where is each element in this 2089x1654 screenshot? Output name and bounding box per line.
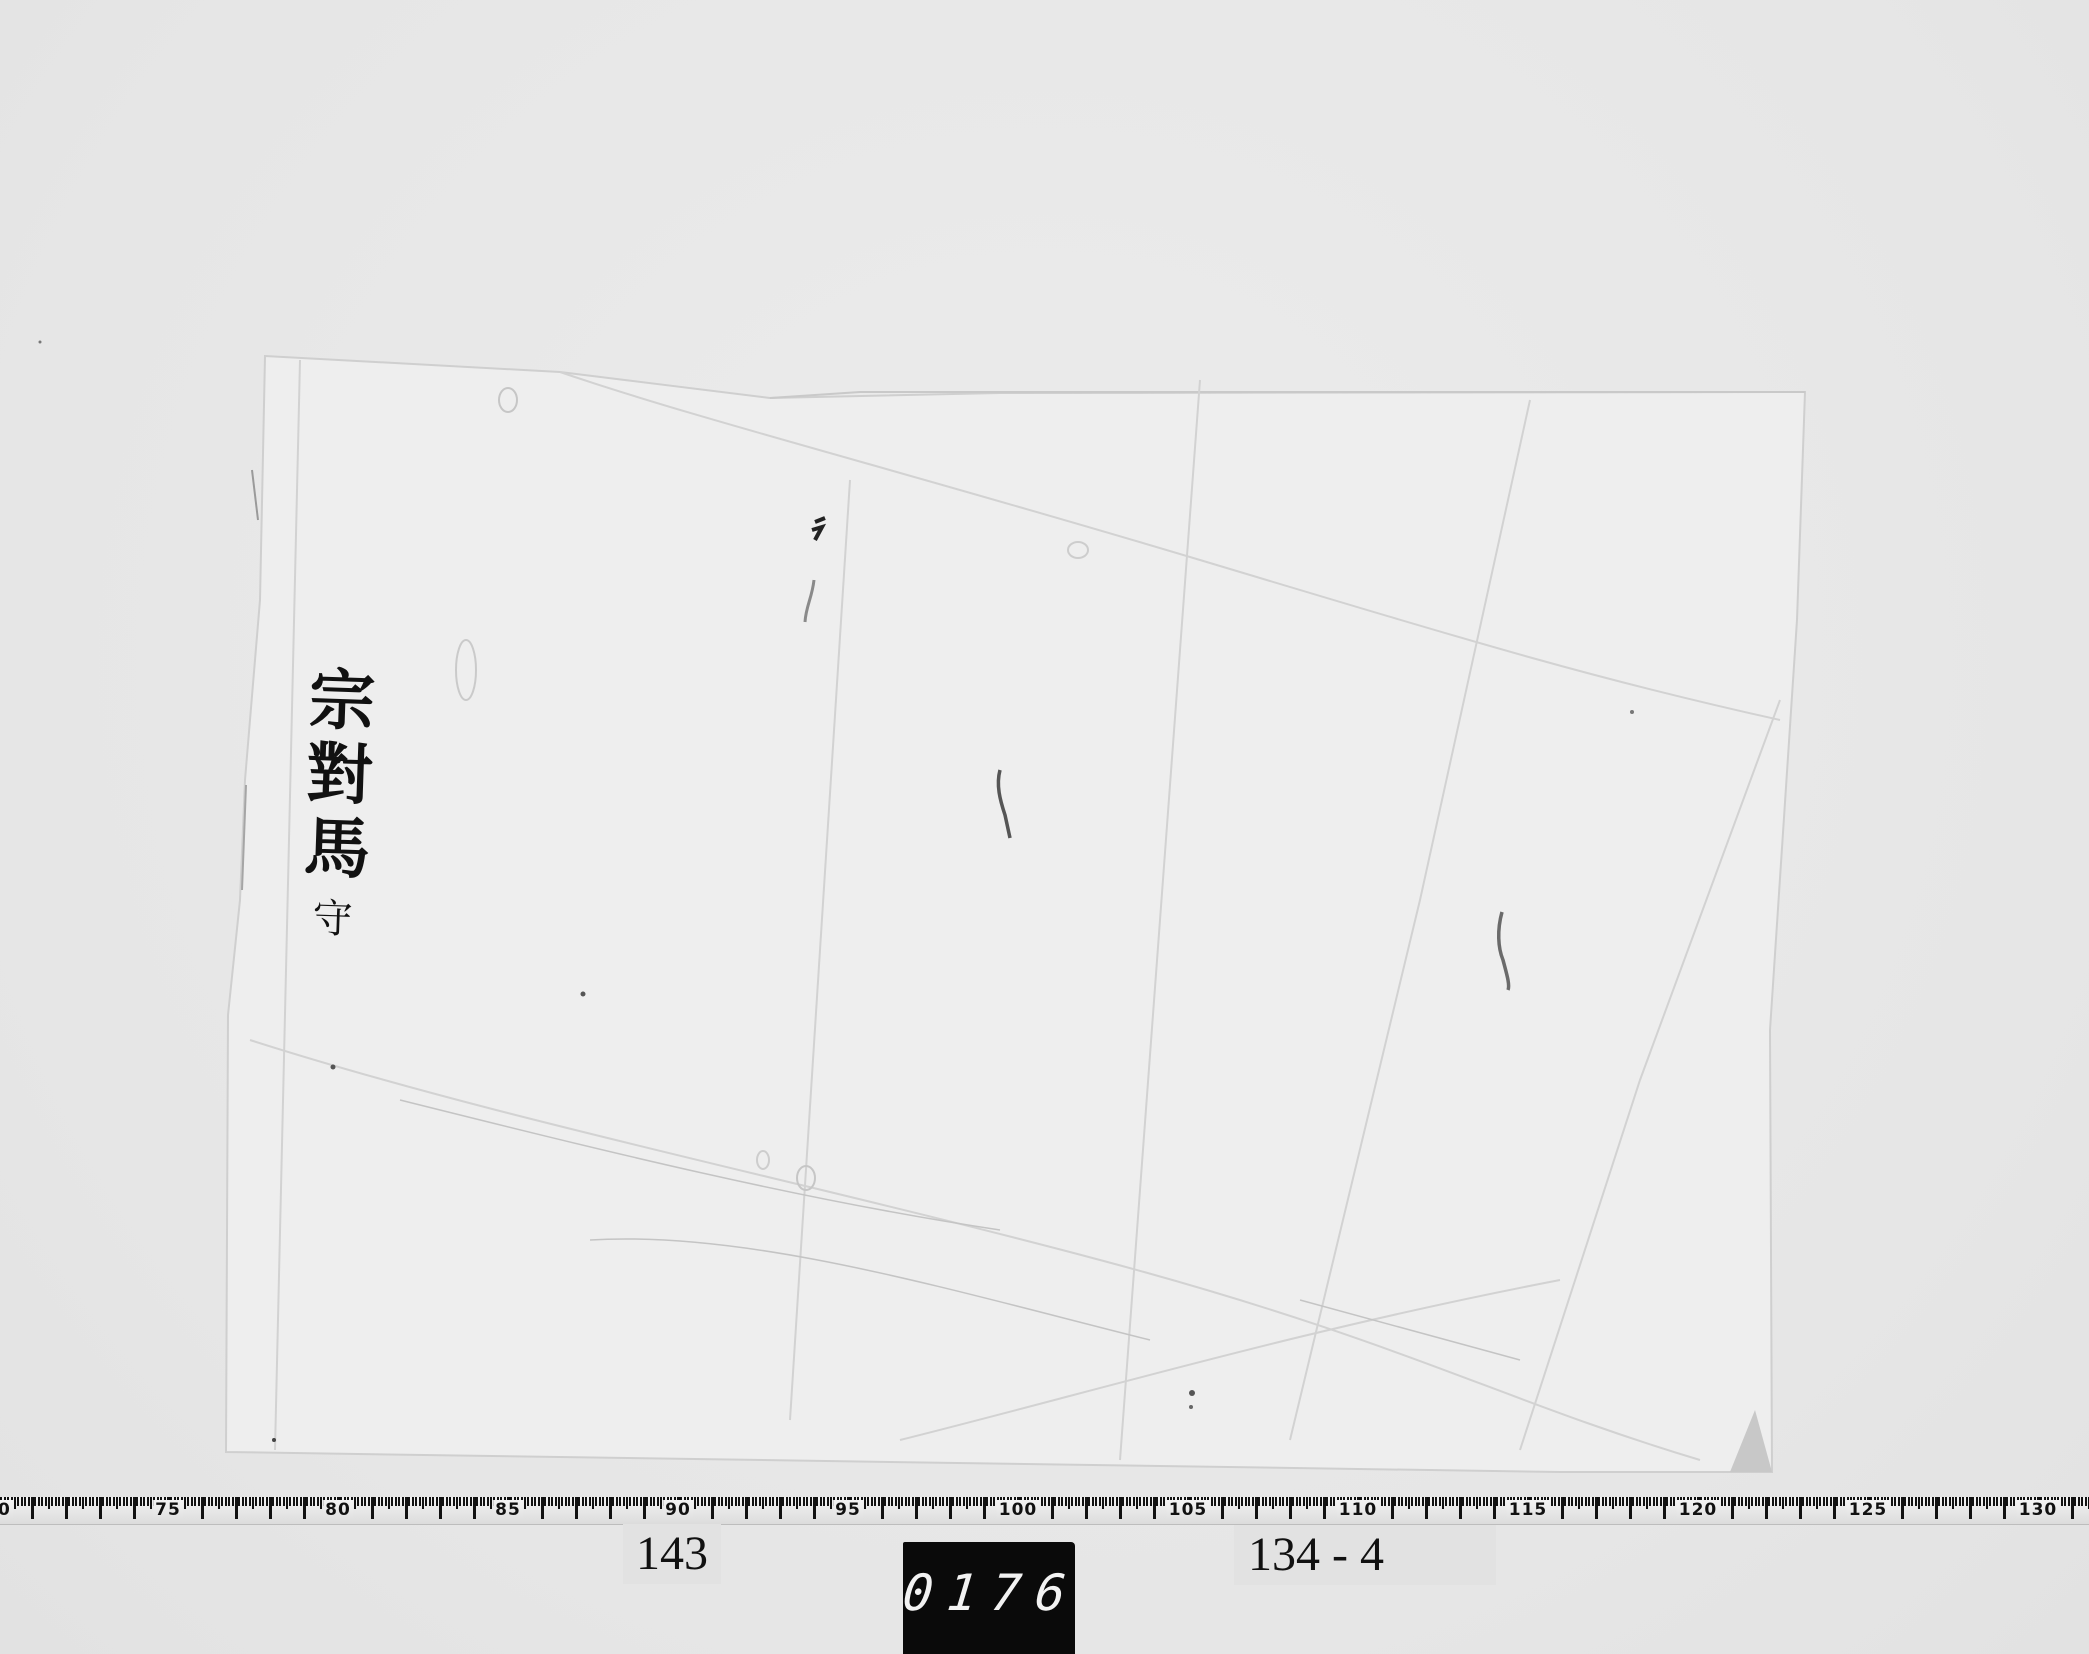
ruler-tick — [912, 1497, 914, 1506]
ruler-tick — [2000, 1497, 2002, 1506]
ruler-tick — [827, 1497, 829, 1506]
ruler-tick — [1551, 1497, 1553, 1506]
ruler-tick — [578, 1497, 580, 1506]
ruler-tick — [1588, 1497, 1590, 1506]
ruler-tick — [629, 1497, 631, 1506]
ruler-tick — [1819, 1497, 1821, 1506]
ruler-tick — [1211, 1497, 1213, 1506]
ruler-tick — [147, 1497, 149, 1506]
ruler-tick — [966, 1497, 968, 1509]
ruler-tick — [272, 1497, 274, 1506]
ruler-tick — [1469, 1497, 1471, 1506]
ruler-tick — [1326, 1497, 1328, 1506]
ruler-tick — [1962, 1497, 1964, 1506]
ruler-tick — [946, 1497, 948, 1506]
volume-number-card: 143 — [623, 1524, 721, 1584]
ruler-tick — [1405, 1497, 1407, 1506]
ruler-tick — [279, 1497, 281, 1506]
ruler-tick — [34, 1497, 36, 1506]
ruler-tick — [1728, 1497, 1730, 1506]
ruler-tick — [1921, 1497, 1923, 1506]
ruler-tick — [640, 1497, 642, 1506]
ruler-tick — [262, 1497, 264, 1506]
ruler-tick — [2074, 1497, 2076, 1506]
ruler-tick — [864, 1497, 866, 1509]
ruler-tick — [1806, 1497, 1808, 1506]
ruler-tick — [1632, 1497, 1634, 1506]
ruler-tick — [415, 1497, 417, 1506]
ruler-tick — [755, 1497, 757, 1506]
ruler-tick — [565, 1497, 567, 1506]
ruler-tick — [990, 1497, 992, 1506]
ruler-tick — [1496, 1497, 1498, 1506]
ruler-tick — [1945, 1497, 1947, 1506]
ruler-tick — [1785, 1497, 1787, 1506]
ruler-tick — [2085, 1497, 2087, 1506]
ruler-tick — [1792, 1497, 1794, 1506]
ruler-tick — [1823, 1497, 1825, 1506]
ruler-tick — [1445, 1497, 1447, 1506]
ruler-tick — [1575, 1497, 1577, 1506]
ruler-tick — [1320, 1497, 1322, 1506]
ruler-tick — [1388, 1497, 1390, 1506]
ruler-tick — [1061, 1497, 1063, 1506]
ruler-tick — [789, 1497, 791, 1506]
ruler-tick — [1979, 1497, 1981, 1506]
ruler-tick — [2013, 1497, 2015, 1506]
ruler-tick — [1782, 1497, 1784, 1509]
ruler-tick — [922, 1497, 924, 1506]
ruler-tick — [806, 1497, 808, 1506]
ruler-tick — [187, 1497, 189, 1506]
ruler-tick — [453, 1497, 455, 1506]
handwritten-trailing-mark: 守 — [305, 896, 353, 946]
ruler-tick — [1241, 1497, 1243, 1506]
ruler-tick — [952, 1497, 954, 1506]
ruler-tick — [1826, 1497, 1828, 1506]
ruler-tick — [884, 1497, 886, 1506]
ruler-tick — [412, 1497, 414, 1506]
ruler-tick — [1048, 1497, 1050, 1506]
ruler-tick — [211, 1497, 213, 1506]
ruler-tick — [633, 1497, 635, 1506]
ruler-tick — [616, 1497, 618, 1506]
ruler-tick — [1408, 1497, 1410, 1509]
ruler-label: 85 — [493, 1500, 523, 1520]
ruler-tick — [143, 1497, 145, 1506]
ruler-label: 70 — [0, 1500, 13, 1520]
ruler-tick — [354, 1497, 356, 1509]
ruler-tick — [653, 1497, 655, 1506]
ruler-tick — [1908, 1497, 1910, 1506]
ruler-tick — [1751, 1497, 1753, 1506]
ruler-tick — [51, 1497, 53, 1506]
ruler-tick — [1466, 1497, 1468, 1506]
ruler-tick — [527, 1497, 529, 1506]
ruler-tick — [361, 1497, 363, 1506]
ruler-tick — [1643, 1497, 1645, 1506]
ruler-tick — [466, 1497, 468, 1506]
ruler-tick — [357, 1497, 359, 1506]
ruler-tick — [908, 1497, 910, 1506]
ruler-tick — [1428, 1497, 1430, 1506]
ruler-tick — [140, 1497, 142, 1506]
ruler-tick — [582, 1497, 584, 1506]
ruler-tick — [1938, 1497, 1940, 1506]
ruler-tick — [198, 1497, 200, 1506]
ruler-tick — [1578, 1497, 1580, 1509]
ruler-tick — [1265, 1497, 1267, 1506]
ruler-tick — [1401, 1497, 1403, 1506]
ruler-tick — [1054, 1497, 1056, 1506]
ruler-tick — [592, 1497, 594, 1509]
ruler-tick — [191, 1497, 193, 1506]
ruler-tick — [1092, 1497, 1094, 1506]
ruler-tick — [283, 1497, 285, 1506]
ruler-tick — [935, 1497, 937, 1506]
ruler-tick — [1422, 1497, 1424, 1506]
ruler-tick — [296, 1497, 298, 1506]
ruler-tick — [1605, 1497, 1607, 1506]
ruler-tick — [776, 1497, 778, 1506]
ruler-tick — [1609, 1497, 1611, 1506]
ruler-tick — [119, 1497, 121, 1506]
ruler-label: 120 — [1677, 1500, 1720, 1520]
ruler-tick — [1843, 1497, 1845, 1506]
ruler-tick — [1598, 1497, 1600, 1506]
ruler-tick — [697, 1497, 699, 1506]
ruler-tick — [1415, 1497, 1417, 1506]
ruler-tick — [986, 1497, 988, 1506]
measuring-ruler: 707580859095100105110115120125130 — [0, 1497, 2089, 1525]
ruler-tick — [898, 1497, 900, 1509]
ruler-tick — [561, 1497, 563, 1506]
ruler-tick — [738, 1497, 740, 1506]
ruler-tick — [374, 1497, 376, 1506]
ruler-tick — [1758, 1497, 1760, 1506]
ruler-tick — [1734, 1497, 1736, 1506]
ruler-tick — [1075, 1497, 1077, 1506]
ruler-tick — [714, 1497, 716, 1506]
ruler-tick — [1911, 1497, 1913, 1506]
volume-number: 143 — [636, 1530, 708, 1578]
ruler-tick — [1762, 1497, 1764, 1506]
ruler-tick — [1564, 1497, 1566, 1506]
ruler-tick — [1955, 1497, 1957, 1506]
ruler-tick — [752, 1497, 754, 1506]
ruler-tick — [1802, 1497, 1804, 1506]
ruler-tick — [1796, 1497, 1798, 1506]
ruler-tick — [956, 1497, 958, 1506]
ruler-tick — [1741, 1497, 1743, 1506]
ruler-tick — [721, 1497, 723, 1506]
ruler-tick — [1306, 1497, 1308, 1509]
ruler-tick — [830, 1497, 832, 1509]
ruler-tick — [476, 1497, 478, 1506]
ruler-tick — [126, 1497, 128, 1506]
ruler-tick — [1313, 1497, 1315, 1506]
ruler-label: 75 — [153, 1500, 183, 1520]
ruler-tick — [993, 1497, 995, 1506]
ruler-tick — [2010, 1497, 2012, 1506]
ruler-tick — [1139, 1497, 1141, 1506]
ruler-tick — [1983, 1497, 1985, 1506]
ruler-tick — [130, 1497, 132, 1506]
ruler-tick — [24, 1497, 26, 1506]
ruler-tick — [402, 1497, 404, 1506]
ruler-tick — [1932, 1497, 1934, 1506]
ruler-tick — [742, 1497, 744, 1506]
ruler-tick — [728, 1497, 730, 1509]
ruler-tick — [810, 1497, 812, 1506]
ruler-tick — [650, 1497, 652, 1506]
ruler-tick — [1653, 1497, 1655, 1506]
ruler-label: 115 — [1507, 1500, 1550, 1520]
ruler-tick — [1122, 1497, 1124, 1506]
ruler-tick — [68, 1497, 70, 1506]
ruler-tick — [701, 1497, 703, 1506]
ruler-tick — [602, 1497, 604, 1506]
ruler-tick — [106, 1497, 108, 1506]
ruler-tick — [116, 1497, 118, 1509]
ruler-tick — [718, 1497, 720, 1506]
ruler-tick — [1748, 1497, 1750, 1509]
ruler-tick — [463, 1497, 465, 1506]
ruler-tick — [1636, 1497, 1638, 1506]
ruler-tick — [1952, 1497, 1954, 1509]
ruler-tick — [1384, 1497, 1386, 1506]
ruler-tick — [1966, 1497, 1968, 1506]
ruler-tick — [1116, 1497, 1118, 1506]
ruler-tick — [589, 1497, 591, 1506]
ruler-tick — [820, 1497, 822, 1506]
ruler-tick — [364, 1497, 366, 1506]
ruler-tick — [456, 1497, 458, 1509]
ruler-tick — [646, 1497, 648, 1506]
ruler-tick — [555, 1497, 557, 1506]
ruler-tick — [1904, 1497, 1906, 1506]
ruler-tick — [1768, 1497, 1770, 1506]
ruler-tick — [1928, 1497, 1930, 1506]
ruler-tick — [1058, 1497, 1060, 1506]
ruler-tick — [891, 1497, 893, 1506]
ruler-tick — [1918, 1497, 1920, 1509]
ruler-tick — [1456, 1497, 1458, 1506]
ruler-tick — [959, 1497, 961, 1506]
ruler-tick — [1381, 1497, 1383, 1506]
ruler-tick — [1809, 1497, 1811, 1506]
ruler-tick — [769, 1497, 771, 1506]
ruler-tick — [925, 1497, 927, 1506]
ruler-tick — [725, 1497, 727, 1506]
ruler-tick — [136, 1497, 138, 1506]
ruler-tick — [759, 1497, 761, 1506]
ruler-tick — [408, 1497, 410, 1506]
ruler-tick — [2068, 1497, 2070, 1506]
ruler-tick — [286, 1497, 288, 1509]
ruler-tick — [259, 1497, 261, 1506]
ruler-tick — [1252, 1497, 1254, 1506]
ruler-tick — [1272, 1497, 1274, 1509]
ruler-tick — [1615, 1497, 1617, 1506]
ruler-tick — [459, 1497, 461, 1506]
ruler-tick — [1275, 1497, 1277, 1506]
ruler-tick — [1986, 1497, 1988, 1509]
ruler-tick — [194, 1497, 196, 1506]
ruler-tick — [1666, 1497, 1668, 1506]
ruler-tick — [1105, 1497, 1107, 1506]
ruler-tick — [368, 1497, 370, 1506]
ruler-tick — [1898, 1497, 1900, 1506]
ruler-tick — [221, 1497, 223, 1506]
ruler-tick — [85, 1497, 87, 1506]
ruler-tick — [874, 1497, 876, 1506]
ruler-tick — [1789, 1497, 1791, 1506]
ruler-tick — [436, 1497, 438, 1506]
ruler-tick — [2006, 1497, 2008, 1506]
ruler-tick — [228, 1497, 230, 1506]
ruler-tick — [1989, 1497, 1991, 1506]
ruler-tick — [55, 1497, 57, 1506]
ruler-tick — [1078, 1497, 1080, 1506]
ruler-tick — [38, 1497, 40, 1506]
ruler-tick — [313, 1497, 315, 1506]
ruler-tick — [1146, 1497, 1148, 1506]
ruler-tick — [395, 1497, 397, 1506]
ruler-tick — [480, 1497, 482, 1506]
ruler-tick — [1163, 1497, 1165, 1506]
ruler-tick — [942, 1497, 944, 1506]
ruler-tick — [150, 1497, 152, 1509]
ruler-tick — [1439, 1497, 1441, 1506]
ruler-tick — [1133, 1497, 1135, 1506]
ruler-tick — [1571, 1497, 1573, 1506]
ruler-tick — [204, 1497, 206, 1506]
ruler-tick — [1649, 1497, 1651, 1506]
ruler-tick — [1303, 1497, 1305, 1506]
ruler-tick — [446, 1497, 448, 1506]
ruler-tick — [660, 1497, 662, 1509]
ruler-tick — [1775, 1497, 1777, 1506]
ruler-tick — [58, 1497, 60, 1506]
ruler-tick — [599, 1497, 601, 1506]
ruler-tick — [317, 1497, 319, 1506]
ruler-tick — [483, 1497, 485, 1506]
ruler-tick — [1245, 1497, 1247, 1506]
ruler-tick — [1330, 1497, 1332, 1506]
ruler-tick — [1656, 1497, 1658, 1506]
ruler-tick — [895, 1497, 897, 1506]
ruler-tick — [378, 1497, 380, 1506]
ruler-tick — [1109, 1497, 1111, 1506]
ruler-tick — [1581, 1497, 1583, 1506]
ruler-label: 130 — [2017, 1500, 2060, 1520]
ruler-tick — [109, 1497, 111, 1506]
ruler-tick — [487, 1497, 489, 1506]
ruler-tick — [1483, 1497, 1485, 1506]
ruler-tick — [595, 1497, 597, 1506]
ruler-tick — [1224, 1497, 1226, 1506]
ruler-tick — [75, 1497, 77, 1506]
ruler-tick — [1476, 1497, 1478, 1509]
ruler-tick — [306, 1497, 308, 1506]
ruler-tick — [1972, 1497, 1974, 1506]
ruler-tick — [62, 1497, 64, 1506]
item-number-card: 134 - 4 — [1234, 1525, 1496, 1585]
ruler-tick — [823, 1497, 825, 1506]
ruler-tick — [245, 1497, 247, 1506]
ruler-tick — [89, 1497, 91, 1506]
ruler-tick — [538, 1497, 540, 1506]
ruler-tick — [619, 1497, 621, 1506]
ruler-tick — [1602, 1497, 1604, 1506]
ruler-tick — [1269, 1497, 1271, 1506]
ruler-tick — [1721, 1497, 1723, 1506]
ruler-tick — [310, 1497, 312, 1506]
ruler-tick — [1473, 1497, 1475, 1506]
ruler-tick — [1218, 1497, 1220, 1506]
ruler-tick — [969, 1497, 971, 1506]
ruler-tick — [1449, 1497, 1451, 1506]
ruler-tick — [1099, 1497, 1101, 1506]
ruler-tick — [799, 1497, 801, 1506]
ruler-tick — [918, 1497, 920, 1506]
ruler-tick — [1626, 1497, 1628, 1506]
ruler-tick — [816, 1497, 818, 1506]
ruler-tick — [657, 1497, 659, 1506]
ruler-tick — [1830, 1497, 1832, 1506]
ruler-tick — [225, 1497, 227, 1506]
ruler-tick — [793, 1497, 795, 1506]
ruler-tick — [1959, 1497, 1961, 1506]
ruler-tick — [1068, 1497, 1070, 1509]
handwritten-main-text: 宗對馬 — [291, 664, 377, 889]
ruler-tick — [1309, 1497, 1311, 1506]
ruler-tick — [1228, 1497, 1230, 1506]
ruler-tick — [1282, 1497, 1284, 1506]
ruler-tick — [2064, 1497, 2066, 1506]
ruler-tick — [1619, 1497, 1621, 1506]
ruler-tick — [1411, 1497, 1413, 1506]
ruler-tick — [1479, 1497, 1481, 1506]
ruler-tick — [1486, 1497, 1488, 1506]
ruler-tick — [762, 1497, 764, 1509]
ruler-tick — [1772, 1497, 1774, 1506]
ruler-tick — [1333, 1497, 1335, 1506]
ruler-tick — [1925, 1497, 1927, 1506]
item-number: 134 - 4 — [1248, 1531, 1384, 1579]
ruler-tick — [1432, 1497, 1434, 1506]
ruler-tick — [1286, 1497, 1288, 1506]
ruler-tick — [867, 1497, 869, 1506]
ruler-label: 80 — [323, 1500, 353, 1520]
ruler-tick — [232, 1497, 234, 1506]
ruler-tick — [786, 1497, 788, 1506]
ruler-tick — [300, 1497, 302, 1506]
ruler-tick — [1949, 1497, 1951, 1506]
ruler-tick — [238, 1497, 240, 1506]
ruler-tick — [1082, 1497, 1084, 1506]
ruler-tick — [1639, 1497, 1641, 1506]
ruler-label: 95 — [833, 1500, 863, 1520]
ruler-tick — [612, 1497, 614, 1506]
ruler-tick — [572, 1497, 574, 1506]
ruler-tick — [289, 1497, 291, 1506]
ruler-tick — [113, 1497, 115, 1506]
ruler-tick — [623, 1497, 625, 1506]
frame-counter-display: 0176 — [903, 1542, 1075, 1654]
ruler-tick — [878, 1497, 880, 1506]
